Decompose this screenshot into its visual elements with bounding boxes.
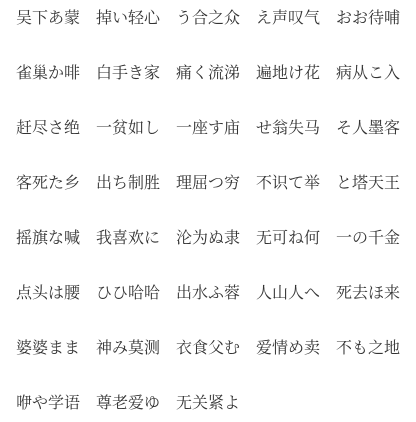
- phrase-row-4: 客死た乡 出ち制胜 理屈つ穷 不识て举 と塔天王: [8, 175, 408, 191]
- phrase-tile[interactable]: 不も之地: [328, 340, 408, 356]
- phrase-tile[interactable]: 掉い轻心: [88, 10, 168, 26]
- phrase-row-5: 摇旗な喊 我喜欢に 沦为ぬ隶 无可ね何 一の千金: [8, 230, 408, 246]
- phrase-tile[interactable]: 客死た乡: [8, 175, 88, 191]
- phrase-tile[interactable]: 摇旗な喊: [8, 230, 88, 246]
- phrase-tile[interactable]: 咿や学语: [8, 395, 88, 411]
- phrase-row-2: 雀巢か啡 白手き家 痛く流涕 遍地け花 病从こ入: [8, 65, 408, 81]
- phrase-tile[interactable]: 神み莫测: [88, 340, 168, 356]
- phrase-tile[interactable]: 一の千金: [328, 230, 408, 246]
- phrase-tile[interactable]: 遍地け花: [248, 65, 328, 81]
- phrase-tile[interactable]: 雀巢か啡: [8, 65, 88, 81]
- phrase-tile[interactable]: 衣食父む: [168, 340, 248, 356]
- phrase-tile[interactable]: 我喜欢に: [88, 230, 168, 246]
- phrase-row-3: 赶尽さ绝 一贫如し 一座す庙 せ翁失马 そ人墨客: [8, 120, 408, 136]
- phrase-board: 吴下あ蒙 掉い轻心 う合之众 え声叹气 おお待哺 雀巢か啡 白手き家 痛く流涕 …: [0, 0, 416, 422]
- phrase-row-1: 吴下あ蒙 掉い轻心 う合之众 え声叹气 おお待哺: [8, 10, 408, 26]
- phrase-tile[interactable]: おお待哺: [328, 10, 408, 26]
- phrase-tile[interactable]: 尊老爱ゆ: [88, 395, 168, 411]
- phrase-tile[interactable]: 人山人へ: [248, 285, 328, 301]
- phrase-tile[interactable]: 点头は腰: [8, 285, 88, 301]
- phrase-tile[interactable]: 病从こ入: [328, 65, 408, 81]
- phrase-tile[interactable]: 死去ほ来: [328, 285, 408, 301]
- phrase-tile[interactable]: 出水ふ蓉: [168, 285, 248, 301]
- phrase-tile[interactable]: 不识て举: [248, 175, 328, 191]
- phrase-tile[interactable]: 白手き家: [88, 65, 168, 81]
- phrase-tile[interactable]: ひひ哈哈: [88, 285, 168, 301]
- phrase-tile[interactable]: せ翁失马: [248, 120, 328, 136]
- phrase-tile[interactable]: 爱情め卖: [248, 340, 328, 356]
- phrase-tile[interactable]: 婆婆まま: [8, 340, 88, 356]
- phrase-row-7: 婆婆まま 神み莫测 衣食父む 爱情め卖 不も之地: [8, 340, 408, 356]
- phrase-tile[interactable]: 赶尽さ绝: [8, 120, 88, 136]
- phrase-row-8: 咿や学语 尊老爱ゆ 无关紧よ: [8, 395, 408, 411]
- phrase-tile[interactable]: 沦为ぬ隶: [168, 230, 248, 246]
- phrase-tile[interactable]: 一贫如し: [88, 120, 168, 136]
- phrase-row-6: 点头は腰 ひひ哈哈 出水ふ蓉 人山人へ 死去ほ来: [8, 285, 408, 301]
- phrase-tile[interactable]: と塔天王: [328, 175, 408, 191]
- phrase-tile[interactable]: 无关紧よ: [168, 395, 248, 411]
- phrase-tile[interactable]: 吴下あ蒙: [8, 10, 88, 26]
- phrase-tile[interactable]: う合之众: [168, 10, 248, 26]
- phrase-tile[interactable]: 理屈つ穷: [168, 175, 248, 191]
- phrase-tile[interactable]: え声叹气: [248, 10, 328, 26]
- phrase-tile[interactable]: そ人墨客: [328, 120, 408, 136]
- phrase-tile[interactable]: 一座す庙: [168, 120, 248, 136]
- phrase-tile[interactable]: 痛く流涕: [168, 65, 248, 81]
- phrase-tile[interactable]: 出ち制胜: [88, 175, 168, 191]
- phrase-tile[interactable]: 无可ね何: [248, 230, 328, 246]
